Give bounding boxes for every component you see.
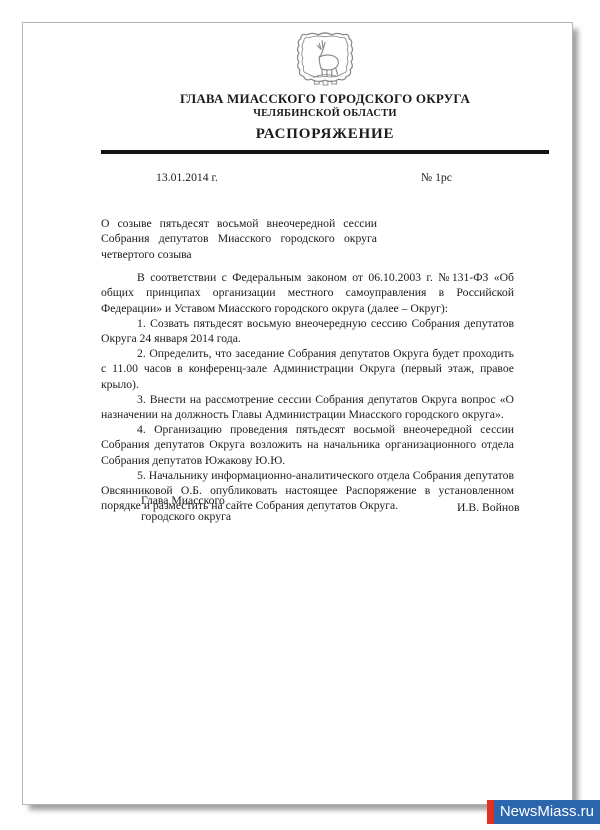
meta-row: 13.01.2014 г. № 1рс [101,171,549,186]
document-content: ГЛАВА МИАССКОГО ГОРОДСКОГО ОКРУГА ЧЕЛЯБИ… [101,23,549,513]
document-page: ГЛАВА МИАССКОГО ГОРОДСКОГО ОКРУГА ЧЕЛЯБИ… [22,22,573,805]
header-divider [101,150,549,154]
body-item-4: 4. Организацию проведения пятьдесят вось… [101,422,514,468]
body-item-3: 3. Внести на рассмотрение сессии Собрани… [101,392,514,422]
document-body: В соответствии с Федеральным законом от … [101,270,514,513]
signer-position: Глава Миасского городского округа [141,493,231,525]
signer-position-line1: Глава Миасского [141,493,231,509]
document-subject: О созыве пятьдесят восьмой внеочередной … [101,216,377,262]
miass-coat-of-arms-icon [293,31,357,87]
signature-block: Глава Миасского городского округа И.В. В… [101,493,549,529]
org-title: ГЛАВА МИАССКОГО ГОРОДСКОГО ОКРУГА [101,91,549,107]
body-intro-paragraph: В соответствии с Федеральным законом от … [101,270,514,316]
document-type-heading: РАСПОРЯЖЕНИЕ [101,126,549,143]
newsmiass-watermark-badge[interactable]: NewsMiass.ru [487,800,600,824]
org-subtitle: ЧЕЛЯБИНСКОЙ ОБЛАСТИ [101,108,549,119]
body-item-1: 1. Созвать пятьдесят восьмую внеочередну… [101,316,514,346]
signer-position-line2: городского округа [141,509,231,525]
signer-name: И.В. Войнов [457,500,520,516]
body-item-2: 2. Определить, что заседание Собрания де… [101,346,514,392]
watermark-accent-bar [487,800,494,824]
watermark-label: NewsMiass.ru [494,800,600,824]
document-date: 13.01.2014 г. [156,171,218,184]
document-number: № 1рс [421,171,452,184]
